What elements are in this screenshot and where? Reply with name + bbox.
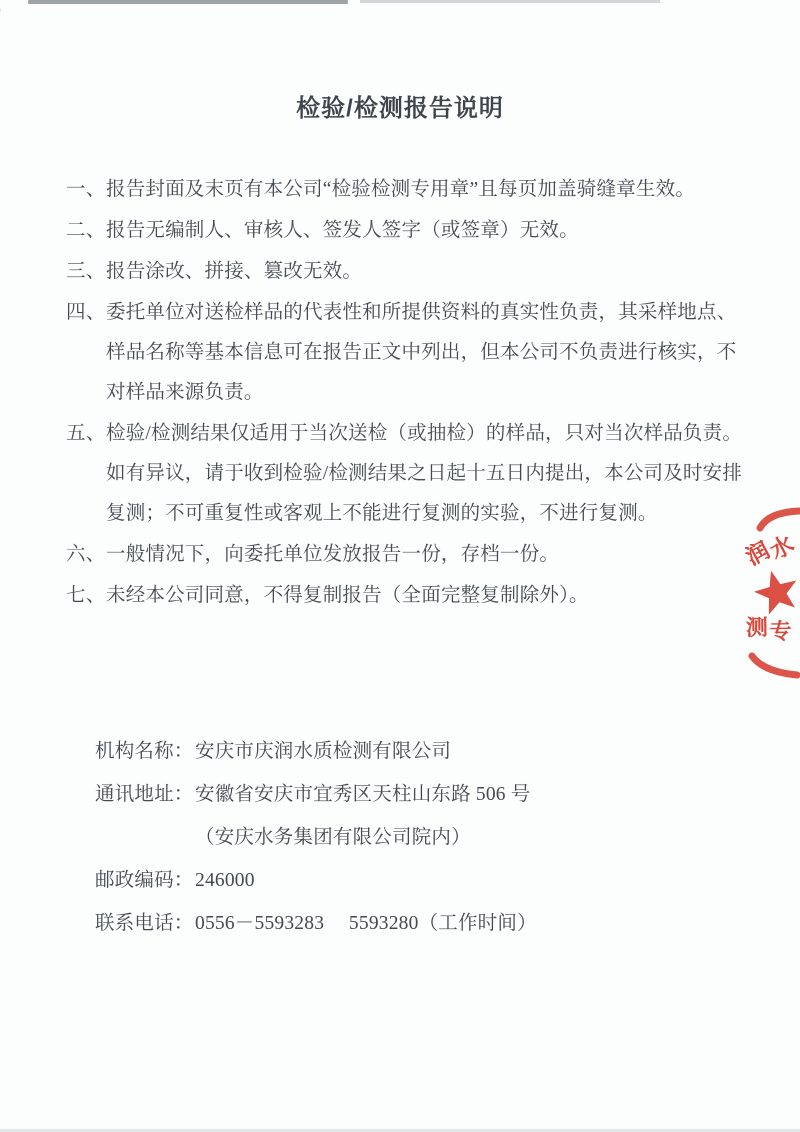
contact-label: 通讯地址： [95,773,195,816]
contact-row-address: 通讯地址： 安徽省安庆市宜秀区天柱山东路 506 号 [95,773,655,816]
note-number: 五、 [66,414,106,534]
note-number: 一、 [66,170,106,210]
contact-label: 机构名称： [95,730,195,773]
note-text: 一般情况下，向委托单位发放报告一份，存档一份。 [106,535,744,575]
contact-value: （安庆水务集团有限公司院内） [195,816,655,859]
stamp-text-bottom: 测专 [745,611,798,648]
contact-row-postal-code: 邮政编码： 246000 [95,859,655,902]
note-text: 报告涂改、拼接、篡改无效。 [106,252,744,292]
scanned-report-notes-page: 检验/检测报告说明 一、 报告封面及末页有本公司“检验检测专用章”且每页加盖骑缝… [0,0,800,1132]
stamp-graphic: 润水 测专 [745,505,800,683]
note-number: 七、 [66,576,106,616]
note-text: 未经本公司同意，不得复制报告（全面完整复制除外）。 [106,576,744,616]
contact-block: 机构名称： 安庆市庆润水质检测有限公司 通讯地址： 安徽省安庆市宜秀区天柱山东路… [95,730,655,945]
note-text: 报告无编制人、审核人、签发人签字（或签章）无效。 [106,211,744,251]
note-item-7: 七、 未经本公司同意，不得复制报告（全面完整复制除外）。 [66,576,744,616]
stamp-star-icon [754,571,796,615]
contact-value: 246000 [195,859,655,902]
contact-row-address-2: （安庆水务集团有限公司院内） [95,816,655,859]
notes-list: 一、 报告封面及末页有本公司“检验检测专用章”且每页加盖骑缝章生效。 二、 报告… [66,170,744,617]
scan-artifact-top-edge-2 [360,0,660,3]
page-title: 检验/检测报告说明 [0,88,800,123]
stamp-text-bottom-group: 测专 [745,611,798,648]
note-item-6: 六、 一般情况下，向委托单位发放报告一份，存档一份。 [66,535,744,575]
stamp-text-top-group: 润水 [745,528,800,572]
note-text: 报告封面及末页有本公司“检验检测专用章”且每页加盖骑缝章生效。 [106,170,744,210]
note-item-1: 一、 报告封面及末页有本公司“检验检测专用章”且每页加盖骑缝章生效。 [66,170,744,210]
contact-row-org-name: 机构名称： 安庆市庆润水质检测有限公司 [95,730,655,773]
stamp-text-top: 润水 [745,528,800,572]
stamp-ring-arc-top-icon [760,511,799,528]
stamp-ring-arc-bottom-icon [752,656,797,675]
note-text: 检验/检测结果仅适用于当次送检（或抽检）的样品，只对当次样品负责。如有异议，请于… [106,414,744,534]
contact-row-phone: 联系电话： 0556－5593283 5593280（工作时间） [95,902,655,945]
scan-artifact-corner [0,8,1,65]
contact-value: 安徽省安庆市宜秀区天柱山东路 506 号 [195,773,655,816]
note-item-3: 三、 报告涂改、拼接、篡改无效。 [66,252,744,292]
note-text: 委托单位对送检样品的代表性和所提供资料的真实性负责，其采样地点、样品名称等基本信… [106,293,744,413]
note-item-4: 四、 委托单位对送检样品的代表性和所提供资料的真实性负责，其采样地点、样品名称等… [66,293,744,413]
contact-label [95,816,195,859]
note-number: 三、 [66,252,106,292]
contact-value: 0556－5593283 5593280（工作时间） [195,902,655,945]
note-number: 二、 [66,211,106,251]
contact-value: 安庆市庆润水质检测有限公司 [195,730,655,773]
contact-label: 联系电话： [95,902,195,945]
note-item-2: 二、 报告无编制人、审核人、签发人签字（或签章）无效。 [66,211,744,251]
note-number: 四、 [66,293,106,413]
paging-seal-stamp: 润水 测专 [745,505,800,683]
contact-label: 邮政编码： [95,859,195,902]
scan-artifact-top-edge [28,0,348,4]
note-number: 六、 [66,535,106,575]
note-item-5: 五、 检验/检测结果仅适用于当次送检（或抽检）的样品，只对当次样品负责。如有异议… [66,414,744,534]
